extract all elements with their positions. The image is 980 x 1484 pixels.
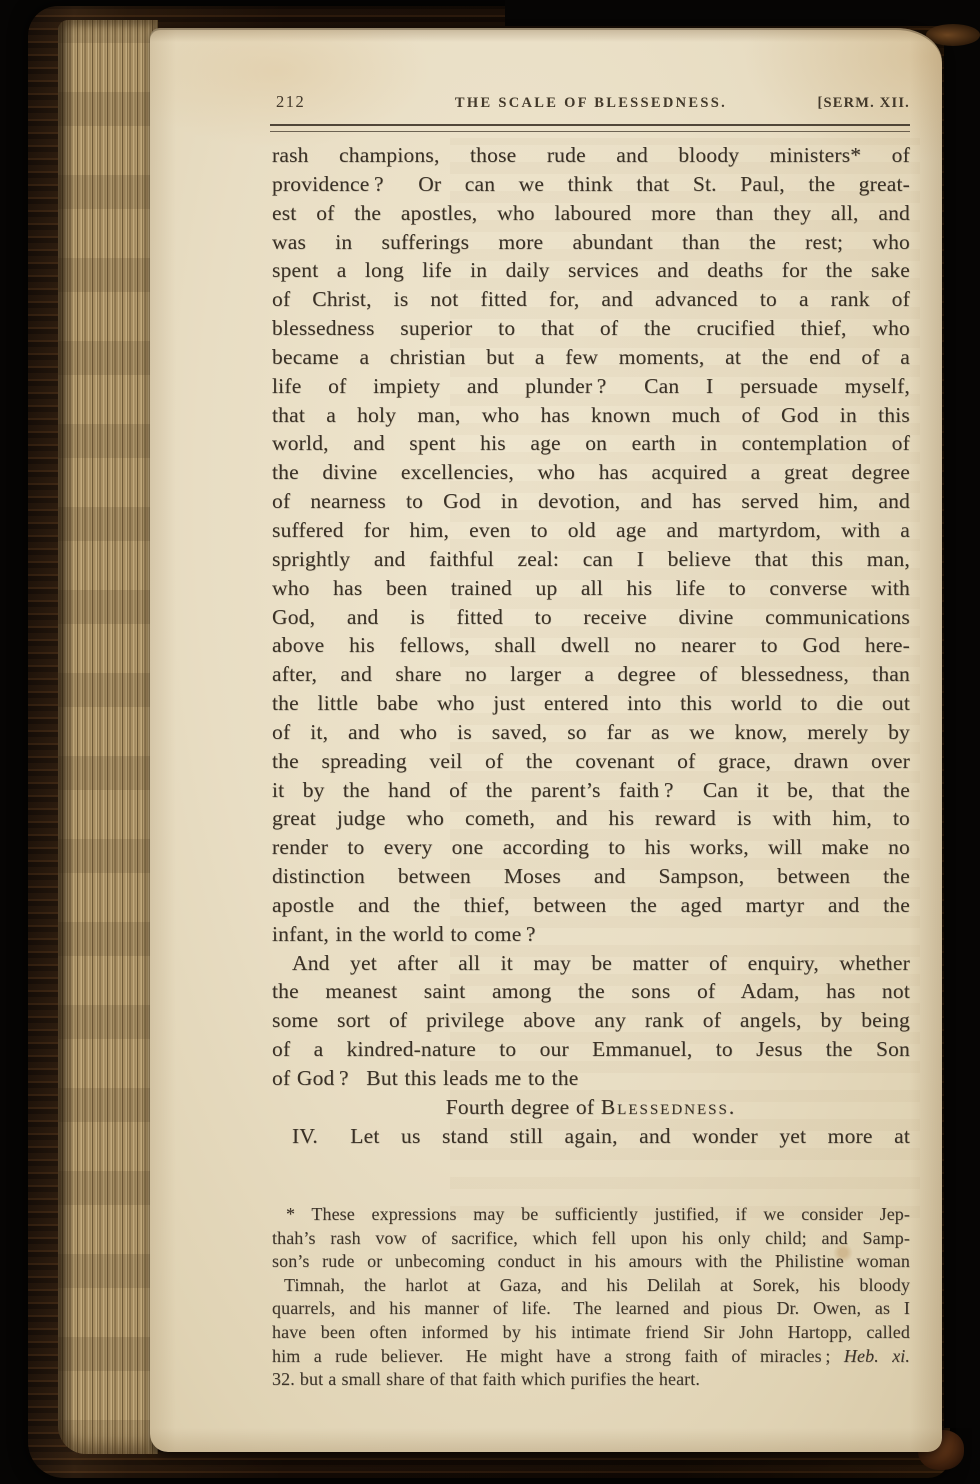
text-line: the divine excellencies, who has acquire… (272, 458, 910, 487)
text-line: life of impiety and plunder ? Can I pers… (272, 372, 910, 401)
text-line: render to every one according to his wor… (272, 833, 910, 862)
text-line: And yet after all it may be matter of en… (272, 949, 910, 978)
text-line: distinction between Moses and Sampson, b… (272, 862, 910, 891)
text-line: great judge who cometh, and his reward i… (272, 804, 910, 833)
running-title: THE SCALE OF BLESSEDNESS. (272, 95, 910, 112)
text-line: God, and is fitted to receive divine com… (272, 603, 910, 632)
text-line: * These expressions may be sufficiently … (272, 1203, 910, 1227)
text-line: the little babe who just entered into th… (272, 689, 910, 718)
text-line: Timnah, the harlot at Gaza, and his Deli… (272, 1274, 910, 1298)
text-line: the meanest saint among the sons of Adam… (272, 977, 910, 1006)
text-line: was in sufferings more abundant than the… (272, 228, 910, 257)
footnote: * These expressions may be sufficiently … (272, 1203, 910, 1392)
double-rule-divider (270, 124, 910, 132)
text-line: of it, and who is saved, so far as we kn… (272, 718, 910, 747)
text-line: IV. Let us stand still again, and wonder… (272, 1122, 910, 1151)
text-line: became a christian but a few moments, at… (272, 343, 910, 372)
page-edges-stack (58, 20, 158, 1454)
background-mask-right (944, 0, 980, 1428)
body-text: rash champions, those rude and bloody mi… (272, 141, 910, 1151)
text-line: suffered for him, even to old age and ma… (272, 516, 910, 545)
text-line: of God ? But this leads me to the (272, 1064, 910, 1093)
text-line: who has been trained up all his life to … (272, 574, 910, 603)
text-line: sprightly and faithful zeal: can I belie… (272, 545, 910, 574)
text-line: of a kindred-nature to our Emmanuel, to … (272, 1035, 910, 1064)
text-line: it by the hand of the parent’s faith ? C… (272, 776, 910, 805)
text-line: have been often informed by his intimate… (272, 1321, 910, 1345)
text-line: some sort of privilege above any rank of… (272, 1006, 910, 1035)
text-line: blessedness superior to that of the cruc… (272, 314, 910, 343)
text-line: providence ? Or can we think that St. Pa… (272, 170, 910, 199)
text-line: spent a long life in daily services and … (272, 256, 910, 285)
text-line: rash champions, those rude and bloody mi… (272, 141, 910, 170)
sermon-number-label: [SERM. XII. (817, 95, 910, 112)
text-line: quarrels, and his manner of life. The le… (272, 1297, 910, 1321)
text-line: of Christ, is not fitted for, and advanc… (272, 285, 910, 314)
text-line: above his fellows, shall dwell no nearer… (272, 631, 910, 660)
page-header: 212 THE SCALE OF BLESSEDNESS. [SERM. XII… (272, 88, 910, 120)
book-page: 212 THE SCALE OF BLESSEDNESS. [SERM. XII… (150, 28, 942, 1452)
text-line: thah’s rash vow of sacrifice, which fell… (272, 1227, 910, 1251)
background-mask-top (505, 0, 980, 26)
text-line: son’s rude or unbecoming conduct in his … (272, 1250, 910, 1274)
text-line: Fourth degree of Blessedness. (272, 1093, 910, 1122)
text-line: the spreading veil of the covenant of gr… (272, 747, 910, 776)
text-line: est of the apostles, who laboured more t… (272, 199, 910, 228)
text-line: after, and share no larger a degree of b… (272, 660, 910, 689)
text-line: him a rude believer. He might have a str… (272, 1345, 910, 1369)
scanned-book-photo: 212 THE SCALE OF BLESSEDNESS. [SERM. XII… (0, 0, 980, 1484)
text-line: 32. but a small share of that faith whic… (272, 1368, 910, 1392)
text-line: that a holy man, who has known much of G… (272, 401, 910, 430)
text-line: of nearness to God in devotion, and has … (272, 487, 910, 516)
text-line: infant, in the world to come ? (272, 920, 910, 949)
text-line: apostle and the thief, between the aged … (272, 891, 910, 920)
text-line: world, and spent his age on earth in con… (272, 429, 910, 458)
